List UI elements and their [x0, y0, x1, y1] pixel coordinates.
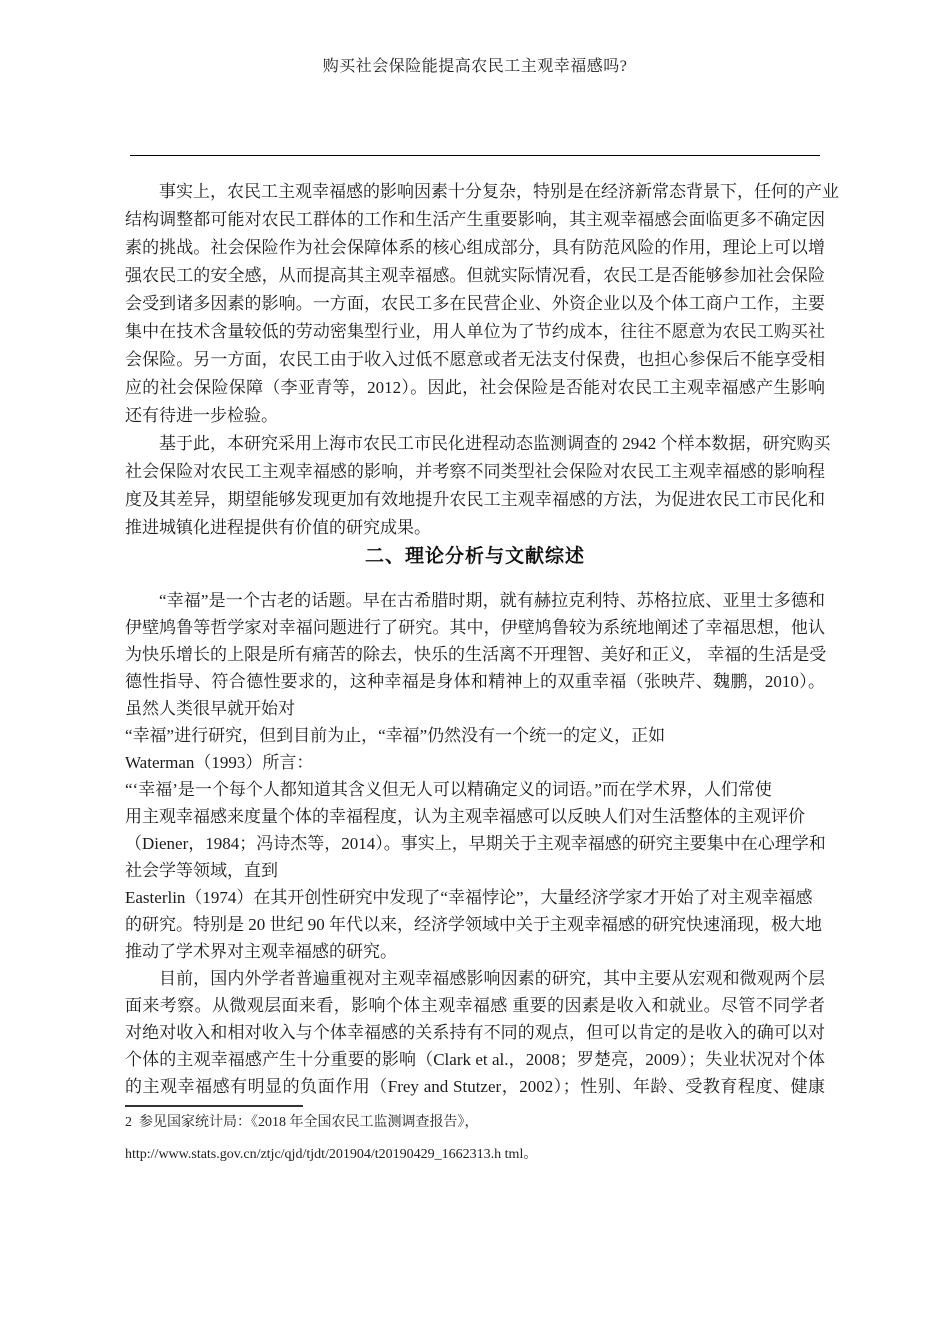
- doc-title: 购买社会保险能提高农民工主观幸福感吗?: [0, 57, 950, 77]
- body-line: “幸福”进行研究，但到目前为止，“幸福”仍然没有一个统一的定义，正如: [125, 722, 940, 749]
- body-line: 的主观幸福感有明显的负面作用（Frey and Stutzer，2002）；性别…: [125, 1073, 825, 1100]
- page-content: 事实上，农民工主观幸福感的影响因素十分复杂，特别是在经济新常态背景下，任何的产业…: [125, 178, 940, 1165]
- body-line: 结构调整都可能对农民工群体的工作和生活产生重要影响，其主观幸福感会面临更多不确定…: [125, 206, 825, 234]
- header-rule: [130, 155, 820, 156]
- body-line: 伊壁鸠鲁等哲学家对幸福问题进行了研究。其中，伊壁鸠鲁较为系统地阐述了幸福思想，他…: [125, 614, 825, 641]
- body-line: 虽然人类很早就开始对: [125, 695, 940, 722]
- body-line: 社会保险对农民工主观幸福感的影响，并考察不同类型社会保险对农民工主观幸福感的影响…: [125, 458, 825, 486]
- body-line: 事实上，农民工主观幸福感的影响因素十分复杂，特别是在经济新常态背景下，任何的产业: [125, 178, 825, 206]
- body-line: Easterlin（1974）在其开创性研究中发现了“幸福悖论”，大量经济学家才…: [125, 884, 940, 911]
- body-line: 集中在技术含量较低的劳动密集型行业，用人单位为了节约成本，往往不愿意为农民工购买…: [125, 318, 825, 346]
- body-line: （Diener，1984；冯诗杰等，2014）。事实上，早期关于主观幸福感的研究…: [125, 830, 940, 857]
- paragraph-intro-1: 事实上，农民工主观幸福感的影响因素十分复杂，特别是在经济新常态背景下，任何的产业…: [125, 178, 940, 430]
- body-line: 会受到诸多因素的影响。一方面，农民工多在民营企业、外资企业以及个体工商户工作，主…: [125, 290, 825, 318]
- footnote-marker: 2: [125, 1115, 132, 1130]
- body-line: 为快乐增长的上限是所有痛苦的除去，快乐的生活离不开理智、美好和正义， 幸福的生活…: [125, 641, 825, 668]
- paragraph-theory-1: “幸福”是一个古老的话题。早在古希腊时期，就有赫拉克利特、苏格拉底、亚里士多德和…: [125, 587, 940, 965]
- footnote-block: 2参见国家统计局：《2018 年全国农民工监测调查报告》， http://www…: [125, 1105, 940, 1165]
- body-line: “‘幸福’是一个每个人都知道其含义但无人可以精确定义的词语。”而在学术界，人们常…: [125, 776, 940, 803]
- body-line: 应的社会保险保障（李亚青等，2012）。因此，社会保险是否能对农民工主观幸福感产…: [125, 374, 825, 402]
- paragraph-theory-2: 目前，国内外学者普遍重视对主观幸福感影响因素的研究，其中主要从宏观和微观两个层 …: [125, 965, 940, 1100]
- footnote-text-line: 2参见国家统计局：《2018 年全国农民工监测调查报告》，: [125, 1113, 940, 1133]
- body-line: 基于此，本研究采用上海市农民工市民化进程动态监测调查的 2942 个样本数据，研…: [125, 430, 825, 458]
- body-line: 素的挑战。社会保险作为社会保障体系的核心组成部分，具有防范风险的作用，理论上可以…: [125, 234, 825, 262]
- body-line: “幸福”是一个古老的话题。早在古希腊时期，就有赫拉克利特、苏格拉底、亚里士多德和: [125, 587, 825, 614]
- body-line: 目前，国内外学者普遍重视对主观幸福感影响因素的研究，其中主要从宏观和微观两个层: [125, 965, 825, 992]
- body-line: 的研究。特别是 20 世纪 90 年代以来，经济学领域中关于主观幸福感的研究快速…: [125, 911, 940, 938]
- body-line: 面来考察。从微观层面来看，影响个体主观幸福感 重要的因素是收入和就业。尽管不同学…: [125, 992, 825, 1019]
- body-line: 推进城镇化进程提供有价值的研究成果。: [125, 514, 940, 542]
- body-line: 强农民工的安全感，从而提高其主观幸福感。但就实际情况看，农民工是否能够参加社会保…: [125, 262, 825, 290]
- body-line: Waterman（1993）所言：: [125, 749, 940, 776]
- body-line: 还有待进一步检验。: [125, 402, 940, 430]
- body-line: 用主观幸福感来度量个体的幸福程度，认为主观幸福感可以反映人们对生活整体的主观评价: [125, 803, 940, 830]
- document-page: 购买社会保险能提高农民工主观幸福感吗? 事实上，农民工主观幸福感的影响因素十分复…: [0, 0, 950, 1344]
- footnote-text: 参见国家统计局：《2018 年全国农民工监测调查报告》，: [139, 1115, 479, 1130]
- footnote-separator: [125, 1105, 303, 1107]
- body-line: 度及其差异，期望能够发现更加有效地提升农民工主观幸福感的方法，为促进农民工市民化…: [125, 486, 825, 514]
- body-line: 对绝对收入和相对收入与个体幸福感的关系持有不同的观点，但可以肯定的是收入的确可以…: [125, 1019, 825, 1046]
- body-line: 个体的主观幸福感产生十分重要的影响（Clark et al.，2008；罗楚亮，…: [125, 1046, 825, 1073]
- body-line: 会保险。另一方面，农民工由于收入过低不愿意或者无法支付保费，也担心参保后不能享受…: [125, 346, 825, 374]
- paragraph-intro-2: 基于此，本研究采用上海市农民工市民化进程动态监测调查的 2942 个样本数据，研…: [125, 430, 940, 542]
- body-line: 推动了学术界对主观幸福感的研究。: [125, 938, 940, 965]
- section-heading: 二、理论分析与文献综述: [125, 544, 825, 570]
- body-line: 德性指导、符合德性要求的，这种幸福是身体和精神上的双重幸福（张映芹、魏鹏，201…: [125, 668, 825, 695]
- body-line: 社会学等领域，直到: [125, 857, 940, 884]
- footnote-url: http://www.stats.gov.cn/ztjc/qjd/tjdt/20…: [125, 1145, 940, 1165]
